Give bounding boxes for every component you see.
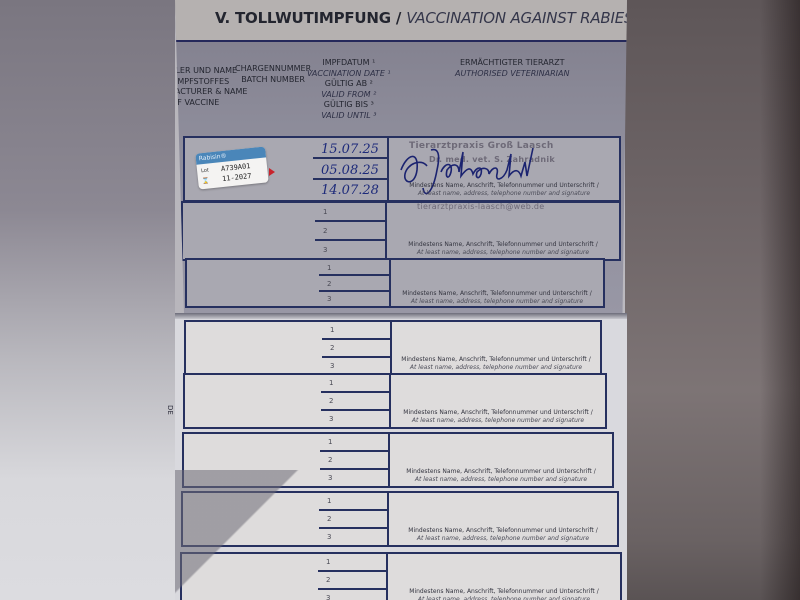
dates-cell: 1 2 3 bbox=[320, 434, 390, 486]
footer-text-de: Mindestens Name, Anschrift, Telefonnumme… bbox=[389, 527, 617, 535]
dates-cell: 1 2 3 bbox=[322, 322, 392, 374]
sticker-lot-label: Lot bbox=[201, 167, 209, 174]
valid-from-date: 05.08.25 bbox=[321, 160, 379, 181]
row-number-1: 1 bbox=[319, 493, 387, 511]
vaccination-entry-empty: 1 2 3 Mindestens Name, Anschrift, Telefo… bbox=[184, 320, 602, 376]
vaccine-cell bbox=[187, 260, 321, 306]
title-en: VACCINATION AGAINST RABIES bbox=[406, 9, 633, 27]
page-title: V. TOLLWUTIMPFUNG / VACCINATION AGAINST … bbox=[215, 9, 633, 27]
column-header-batch: CHARGENNUMMER BATCH NUMBER bbox=[235, 64, 311, 85]
footer-text-en: At least name, address, telephone number… bbox=[411, 298, 583, 305]
row-number-2: 2 bbox=[315, 222, 385, 241]
header-valid-from-de: GÜLTIG AB ² bbox=[307, 79, 391, 90]
vaccine-cell bbox=[185, 375, 323, 427]
footer-text-en: At least name, address, telephone number… bbox=[417, 249, 589, 256]
row-number-1: 1 bbox=[315, 203, 385, 222]
footer-text-en: At least name, address, telephone number… bbox=[418, 190, 590, 197]
footer-text-de: Mindestens Name, Anschrift, Telefonnumme… bbox=[391, 290, 603, 298]
date-row-2: 05.08.25 bbox=[313, 159, 387, 180]
hourglass-icon: ⌛ bbox=[202, 177, 210, 185]
footer-text-de: Mindestens Name, Anschrift, Telefonnumme… bbox=[389, 182, 619, 190]
row-number-3: 3 bbox=[321, 411, 389, 427]
header-batch-de: CHARGENNUMMER bbox=[235, 64, 311, 75]
vaccine-sticker: Rabisin® Lot A739A01 ⌛ 11-2027 bbox=[195, 146, 268, 189]
footer-text-de: Mindestens Name, Anschrift, Telefonnumme… bbox=[387, 241, 619, 249]
row-number-3: 3 bbox=[319, 292, 389, 306]
header-vet-de: ERMÄCHTIGTER TIERARZT bbox=[455, 58, 570, 69]
row-number-3: 3 bbox=[318, 590, 386, 600]
dates-cell: 1 2 3 bbox=[321, 375, 391, 427]
vet-footer: Mindestens Name, Anschrift, Telefonnumme… bbox=[392, 356, 600, 371]
row-number-2: 2 bbox=[318, 572, 386, 590]
red-arrow-icon bbox=[269, 168, 275, 176]
row-number-3: 3 bbox=[319, 529, 387, 545]
footer-text-de: Mindestens Name, Anschrift, Telefonnumme… bbox=[392, 356, 600, 364]
title-separator: / bbox=[396, 9, 401, 27]
row-number-2: 2 bbox=[319, 511, 387, 529]
title-de: V. TOLLWUTIMPFUNG bbox=[215, 9, 391, 27]
footer-text-en: At least name, address, telephone number… bbox=[415, 476, 587, 483]
footer-text-de: Mindestens Name, Anschrift, Telefonnumme… bbox=[388, 588, 620, 596]
vet-stamp-email: tierarztpraxis-laasch@web.de bbox=[417, 202, 545, 211]
dates-cell: 15.07.25 05.08.25 14.07.28 bbox=[313, 138, 389, 200]
vet-cell: Mindestens Name, Anschrift, Telefonnumme… bbox=[391, 375, 605, 427]
column-header-vet: ERMÄCHTIGTER TIERARZT AUTHORISED VETERIN… bbox=[455, 58, 570, 79]
vaccine-cell: Rabisin® Lot A739A01 ⌛ 11-2027 bbox=[185, 138, 315, 200]
vet-footer: Mindestens Name, Anschrift, Telefonnumme… bbox=[389, 182, 619, 197]
vet-cell: Mindestens Name, Anschrift, Telefonnumme… bbox=[392, 322, 600, 374]
dates-cell: 1 2 3 bbox=[319, 493, 389, 545]
header-valid-until-en: VALID UNTIL ³ bbox=[321, 111, 376, 120]
header-vet-en: AUTHORISED VETERINARIAN bbox=[455, 69, 570, 78]
header-batch-en: BATCH NUMBER bbox=[235, 75, 311, 86]
vet-footer: Mindestens Name, Anschrift, Telefonnumme… bbox=[390, 468, 612, 483]
row-number-3: 3 bbox=[315, 241, 385, 259]
vet-footer: Mindestens Name, Anschrift, Telefonnumme… bbox=[388, 588, 620, 600]
vaccination-entry-3: 1 2 3 Mindestens Name, Anschrift, Telefo… bbox=[185, 258, 605, 308]
row-number-1: 1 bbox=[322, 322, 390, 340]
row-number-2: 2 bbox=[321, 393, 389, 411]
dates-cell: 1 2 3 bbox=[319, 260, 391, 306]
vet-footer: Mindestens Name, Anschrift, Telefonnumme… bbox=[389, 527, 617, 542]
header-valid-until-de: GÜLTIG BIS ³ bbox=[307, 100, 391, 111]
vet-footer: Mindestens Name, Anschrift, Telefonnumme… bbox=[391, 409, 605, 424]
row-number-2: 2 bbox=[322, 340, 390, 358]
header-valid-from-en: VALID FROM ² bbox=[321, 90, 376, 99]
sticker-expiry: 11-2027 bbox=[222, 172, 252, 183]
header-manufacturer-en: FACTURER & NAME bbox=[171, 87, 247, 98]
vet-footer: Mindestens Name, Anschrift, Telefonnumme… bbox=[387, 241, 619, 256]
row-number-1: 1 bbox=[319, 260, 389, 276]
row-number-1: 1 bbox=[321, 375, 389, 393]
valid-until-date: 14.07.28 bbox=[321, 181, 379, 201]
vet-cell: Tierarztpraxis Groß Laasch Dr. med. vet.… bbox=[389, 138, 619, 200]
date-row-1: 15.07.25 bbox=[313, 138, 387, 159]
vet-cell: Mindestens Name, Anschrift, Telefonnumme… bbox=[388, 554, 620, 600]
background-left bbox=[0, 0, 175, 600]
row-number-1: 1 bbox=[320, 434, 388, 452]
footer-text-en: At least name, address, telephone number… bbox=[418, 596, 590, 600]
footer-text-de: Mindestens Name, Anschrift, Telefonnumme… bbox=[391, 409, 605, 417]
vet-footer: Mindestens Name, Anschrift, Telefonnumme… bbox=[391, 290, 603, 305]
row-number-2: 2 bbox=[319, 276, 389, 292]
vaccination-entry-2: 1 2 3 tierarztpraxis-laasch@web.de Minde… bbox=[181, 201, 621, 261]
header-vaccination-date-de: IMPFDATUM ¹ bbox=[307, 58, 391, 69]
footer-text-en: At least name, address, telephone number… bbox=[417, 535, 589, 542]
footer-text-en: At least name, address, telephone number… bbox=[410, 364, 582, 371]
sticker-brand: Rabisin® bbox=[195, 146, 266, 164]
margin-code: DE bbox=[166, 405, 174, 415]
vet-cell: Mindestens Name, Anschrift, Telefonnumme… bbox=[391, 260, 603, 306]
vaccine-cell bbox=[183, 203, 317, 259]
footer-text-en: At least name, address, telephone number… bbox=[412, 417, 584, 424]
title-band: V. TOLLWUTIMPFUNG / VACCINATION AGAINST … bbox=[175, 0, 627, 42]
row-number-3: 3 bbox=[320, 470, 388, 486]
background-right bbox=[625, 0, 800, 600]
vaccination-entry-empty: 1 2 3 Mindestens Name, Anschrift, Telefo… bbox=[183, 373, 607, 429]
row-number-1: 1 bbox=[318, 554, 386, 572]
vaccine-cell bbox=[186, 322, 324, 374]
vaccination-entry-1: Rabisin® Lot A739A01 ⌛ 11-2027 15.07.25 … bbox=[183, 136, 621, 202]
vet-cell: Mindestens Name, Anschrift, Telefonnumme… bbox=[389, 493, 617, 545]
row-number-3: 3 bbox=[322, 358, 390, 374]
vaccination-date: 15.07.25 bbox=[321, 139, 379, 160]
passport-page-upper: V. TOLLWUTIMPFUNG / VACCINATION AGAINST … bbox=[175, 0, 627, 315]
shadow-overlay bbox=[175, 470, 315, 600]
dates-cell: 1 2 3 bbox=[315, 203, 387, 259]
header-manufacturer-en2: OF VACCINE bbox=[171, 98, 247, 109]
date-row-3: 14.07.28 bbox=[313, 180, 387, 200]
row-number-2: 2 bbox=[320, 452, 388, 470]
vet-cell: Mindestens Name, Anschrift, Telefonnumme… bbox=[390, 434, 612, 486]
dates-cell: 1 2 3 bbox=[318, 554, 388, 600]
header-vaccination-date-en: VACCINATION DATE ¹ bbox=[307, 69, 391, 78]
vet-cell: tierarztpraxis-laasch@web.de Mindestens … bbox=[387, 203, 619, 259]
footer-text-de: Mindestens Name, Anschrift, Telefonnumme… bbox=[390, 468, 612, 476]
column-header-dates: IMPFDATUM ¹ VACCINATION DATE ¹ GÜLTIG AB… bbox=[307, 58, 391, 121]
